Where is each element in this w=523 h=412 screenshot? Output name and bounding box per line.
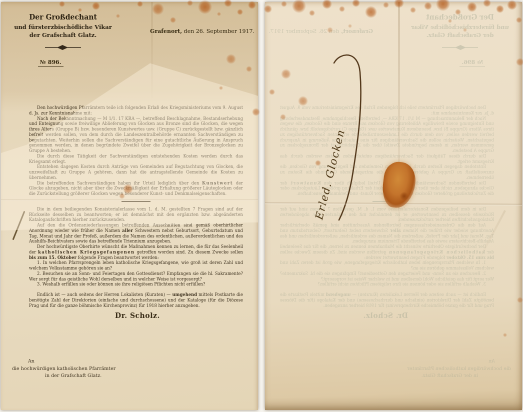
fold-crease <box>398 2 400 252</box>
recipient-block: Andie hochwürdigen katholischen Pfarrämt… <box>12 358 116 380</box>
paragraph: Die in dem beiliegenden Konsistorialerla… <box>29 206 243 222</box>
dateline-date: den 26. September 1917. <box>182 28 254 35</box>
paragraph: 2. Besuchen sie an Sonn- und Feiertagen … <box>29 271 243 282</box>
fold-crease <box>151 2 153 102</box>
right-page: Der Großdechantund fürsterzbischöfliche … <box>265 2 522 410</box>
document-scan: Der Großdechantund fürsterzbischöfliche … <box>0 0 523 412</box>
left-page-content: Der Großdechantund fürsterzbischöfliche … <box>1 2 258 410</box>
dateline-place: Grafenort, <box>150 28 182 35</box>
signature: Dr. Scholz. <box>115 312 160 320</box>
section-divider <box>122 201 151 202</box>
recipient-line: in der Grafschaft Glatz. <box>45 373 116 380</box>
marginal-pen-mark <box>12 211 25 240</box>
paragraph: Den hochwürdigen Pfarrämtern teile ich f… <box>29 105 243 116</box>
paragraph: Der hochwürdigste Oberhirte wünscht die … <box>29 244 243 260</box>
paragraph: Entstehen dagegen Kosten durch Anträge v… <box>29 164 243 180</box>
dateline: Grafenort, den 26. September 1917. <box>150 28 254 35</box>
paragraph: Die durch diese Tätigkeit der Sachverstä… <box>29 153 243 164</box>
reference-number: № 896. <box>38 59 63 67</box>
paragraph: Nach der Bekanntmachung — M 1/1. 17 KRA … <box>29 116 243 154</box>
paragraph: 3. Weshalb erfüllen sie oder können sie … <box>29 282 243 287</box>
letterhead-line: der Grafschaft Glatz. <box>10 31 116 39</box>
paragraph: 1. In welchen Pfarrsprengeln leben katho… <box>29 260 243 271</box>
letterhead-line: und fürsterzbischöfliche Vikar <box>10 23 116 31</box>
body-paragraphs: Den hochwürdigen Pfarrämtern teile ich f… <box>29 105 243 308</box>
recipient-line: die hochwürdigen katholischen Pfarrämter <box>12 365 116 372</box>
fold-crease <box>1 199 258 201</box>
paragraph: Die betreffenden Sachverständigen haben … <box>29 180 243 196</box>
letterhead-line: Der Großdechant <box>10 13 116 23</box>
paragraph: Endlich ist — auch seitens der Herren Lo… <box>29 292 243 308</box>
letterhead: Der Großdechantund fürsterzbischöfliche … <box>10 13 116 52</box>
recipient-line: An <box>28 358 116 365</box>
letterhead-divider-ornament <box>10 42 116 52</box>
left-page: Der Großdechantund fürsterzbischöfliche … <box>1 2 258 410</box>
paragraph: Auf den die Ordensniederlassungen betref… <box>29 223 243 245</box>
